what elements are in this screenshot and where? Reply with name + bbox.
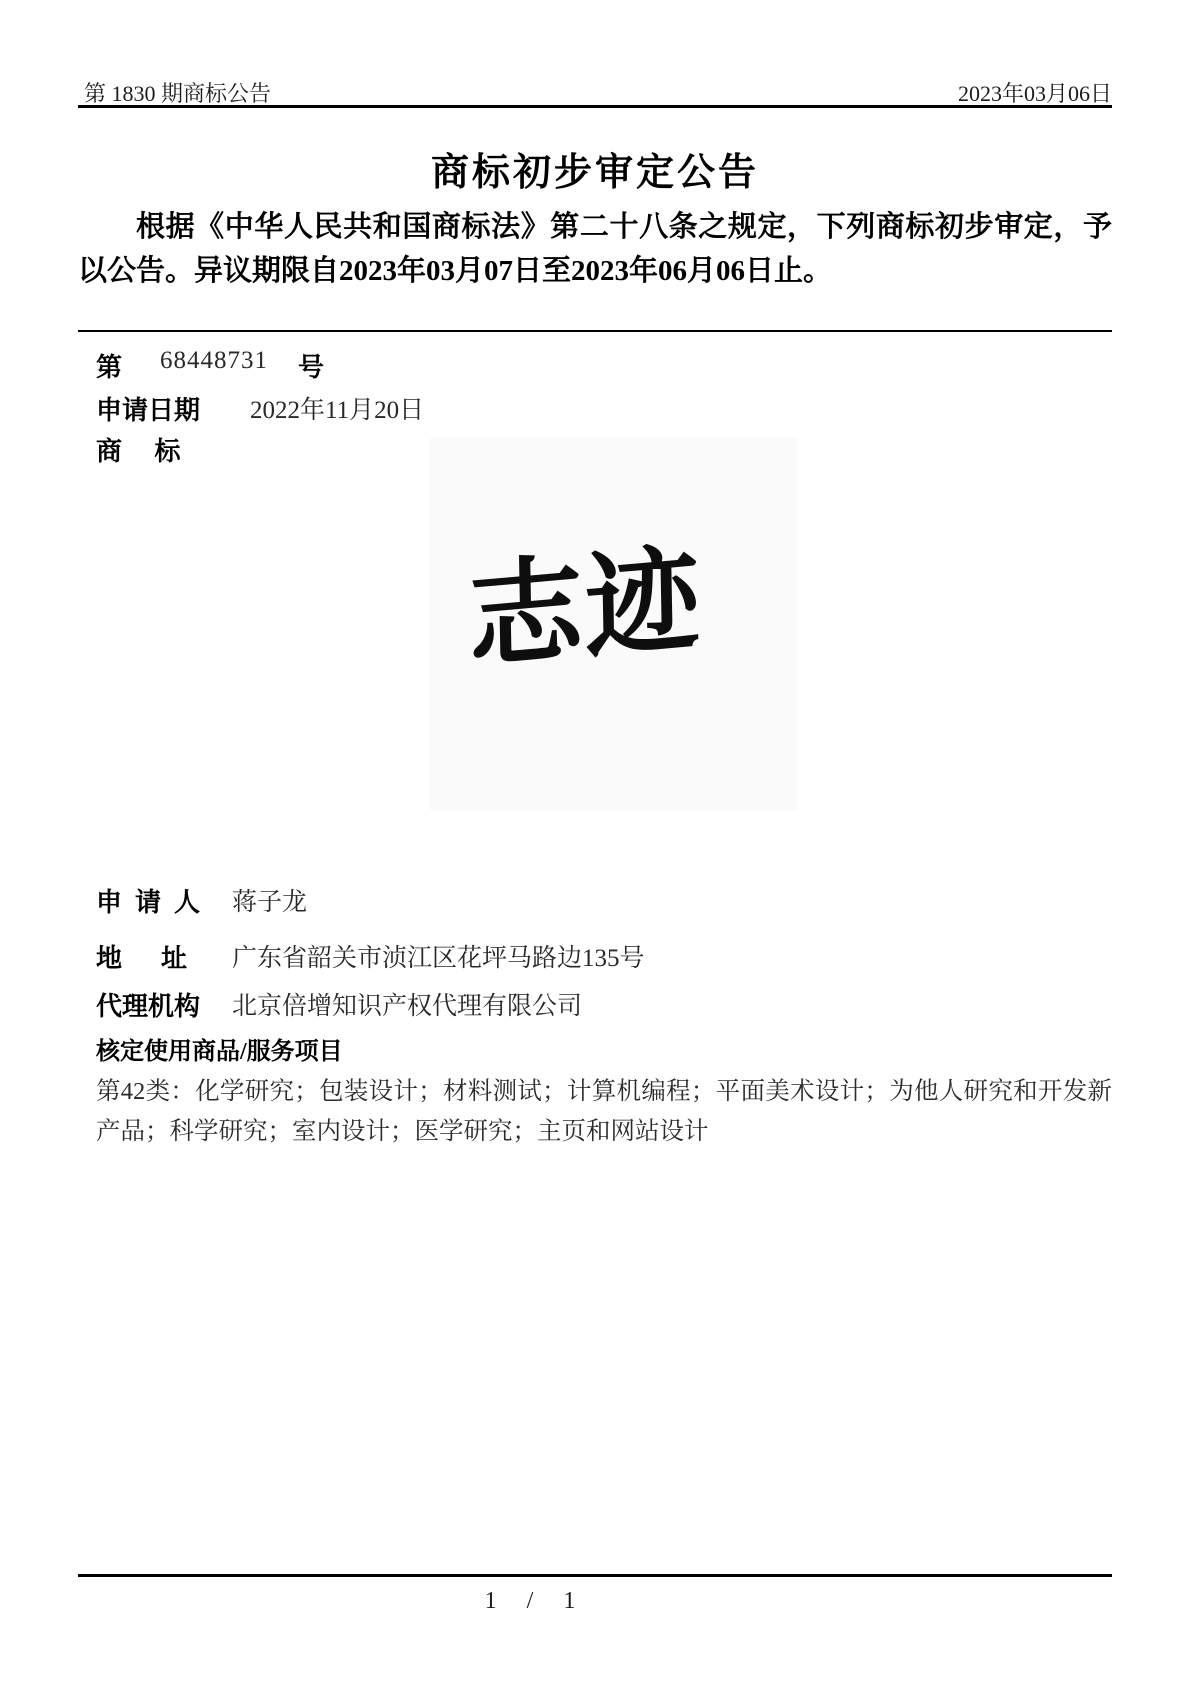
total-page-number: 1 bbox=[563, 1588, 575, 1615]
trademark-image: 志迹 bbox=[430, 438, 797, 810]
current-page-number: 1 bbox=[485, 1588, 497, 1615]
header-rule bbox=[78, 105, 1112, 108]
applicant-label: 申 请 人 bbox=[96, 882, 206, 919]
number-prefix-label: 第 bbox=[96, 347, 122, 384]
agent-row: 代理机构 北京倍增知识产权代理有限公司 bbox=[96, 986, 1112, 1023]
gazette-issue: 第 1830 期商标公告 bbox=[84, 77, 271, 108]
document-page: 第 1830 期商标公告 2023年03月06日 商标初步审定公告 根据《中华人… bbox=[0, 0, 1190, 1684]
application-number: 68448731 bbox=[160, 347, 268, 375]
services-list: 第42类：化学研究；包装设计；材料测试；计算机编程；平面美术设计；为他人研究和开… bbox=[96, 1072, 1112, 1152]
application-date-row: 申请日期 2022年11月20日 bbox=[96, 390, 1112, 427]
agent-label: 代理机构 bbox=[96, 986, 206, 1023]
application-number-row: 第 68448731 号 bbox=[96, 347, 1112, 384]
applicant-row: 申 请 人 蒋子龙 bbox=[96, 882, 1112, 919]
address-row: 地 址 广东省韶关市浈江区花坪马路边135号 bbox=[96, 938, 1112, 975]
services-heading: 核定使用商品/服务项目 bbox=[96, 1031, 343, 1066]
application-date-value: 2022年11月20日 bbox=[250, 390, 424, 426]
footer-rule bbox=[78, 1574, 1112, 1577]
page-title: 商标初步审定公告 bbox=[0, 141, 1190, 196]
agent-value: 北京倍增知识产权代理有限公司 bbox=[232, 986, 582, 1022]
page-separator: / bbox=[527, 1588, 534, 1615]
address-label: 地 址 bbox=[96, 938, 206, 975]
trademark-label: 商 标 bbox=[96, 431, 206, 468]
section-divider-rule bbox=[78, 330, 1112, 332]
application-date-label: 申请日期 bbox=[96, 390, 206, 427]
page-pagination: 1 / 1 bbox=[0, 1588, 1125, 1615]
trademark-calligraphy-text: 志迹 bbox=[467, 505, 703, 691]
gazette-date: 2023年03月06日 bbox=[958, 77, 1112, 108]
intro-paragraph: 根据《中华人民共和国商标法》第二十八条之规定，下列商标初步审定，予以公告。异议期… bbox=[78, 205, 1112, 293]
address-value: 广东省韶关市浈江区花坪马路边135号 bbox=[232, 938, 645, 974]
number-suffix-label: 号 bbox=[298, 347, 324, 384]
applicant-value: 蒋子龙 bbox=[232, 882, 307, 918]
services-heading-row: 核定使用商品/服务项目 bbox=[96, 1031, 1112, 1066]
